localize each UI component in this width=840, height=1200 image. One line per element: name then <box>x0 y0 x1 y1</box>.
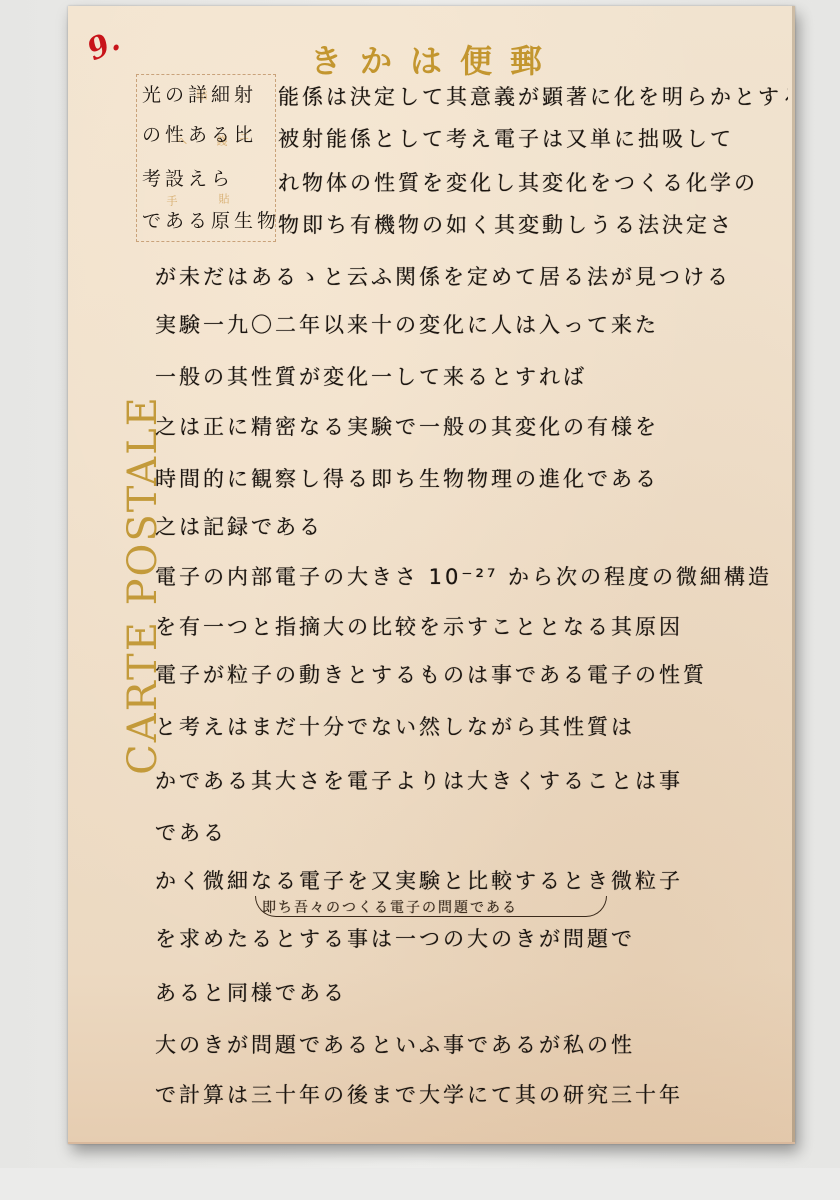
handwriting-line: 能係は決定して其意義が顕著に化を明らかとする <box>278 82 788 112</box>
handwriting-line: 之は正に精密なる実験で一般の其変化の有様を <box>155 412 785 442</box>
stamp-handwriting-line: の性ある比 <box>142 122 257 148</box>
handwriting-line: 時間的に観察し得る即ち生物物理の進化である <box>155 464 785 494</box>
handwriting-line: を有一つと指摘大の比较を示すこととなる其原因 <box>155 612 785 642</box>
handwriting-line: で計算は三十年の後まで大学にて其の研究三十年 <box>155 1080 785 1110</box>
handwriting-line: である <box>155 818 785 848</box>
handwriting-line: と考えはまだ十分でない然しながら其性質は <box>155 712 785 742</box>
handwriting-line: あると同様である <box>155 978 785 1008</box>
handwriting-line: を求めたるとする事は一つの大のきが問題で <box>155 924 785 954</box>
handwriting-line: 電子が粒子の動きとするものは事である電子の性質 <box>155 660 785 690</box>
handwriting-line: 物即ち有機物の如く其変動しうる法決定さ <box>278 210 788 240</box>
postcard-header-title: きかは便郵 <box>310 36 560 82</box>
handwriting-line: 之は記録である <box>155 512 785 542</box>
stamp-printed-char: 手 <box>165 195 177 206</box>
handwriting-line: かである其大さを電子よりは大きくすることは事 <box>155 766 785 796</box>
stamp-handwriting-line: 考設えら <box>142 166 234 192</box>
stamp-handwriting-line: である原生物 <box>142 208 280 234</box>
handwriting-line: 一般の其性質が変化一して来るとすれば <box>155 362 785 392</box>
handwriting-line: 大のきが問題であるといふ事であるが私の性 <box>155 1030 785 1060</box>
card-edge <box>792 6 795 1142</box>
stamp-printed-char: 貼 <box>217 193 229 204</box>
handwriting-line: 電子の内部電子の大きさ 10⁻²⁷ から次の程度の微細構造 <box>155 562 785 592</box>
handwriting-line: れ物体の性質を変化し其変化をつくる化学の <box>278 168 788 198</box>
stamp-handwriting-line: 光の詳細射 <box>142 82 257 108</box>
handwriting-line: 実験一九〇二年以来十の変化に人は入って来た <box>155 310 785 340</box>
bracket-underline <box>255 896 607 917</box>
handwriting-line: 被射能係として考え電子は又単に拙吸して <box>278 124 788 154</box>
handwriting-line: かく微細なる電子を又実験と比較するとき微粒子 <box>155 866 785 896</box>
handwriting-line: が未だはあるゝと云ふ関係を定めて居る法が見つける <box>155 262 785 292</box>
